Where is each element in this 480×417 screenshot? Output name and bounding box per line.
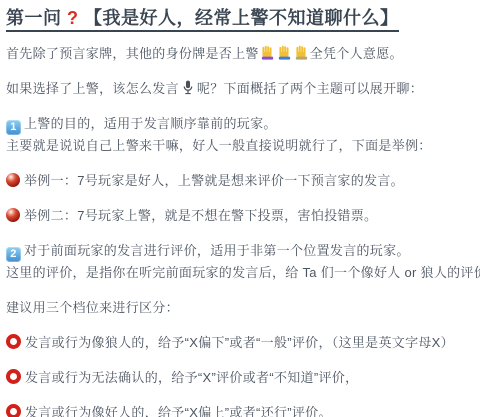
microphone-icon — [181, 80, 195, 95]
para-topic-2: 2对于前面玩家的发言进行评价，适用于非第一个位置发言的玩家。这里的评价，是指你在… — [6, 240, 474, 284]
article-body: 首先除了预言家牌，其他的身份牌是否上警全凭个人意愿。如果选择了上警，该怎么发言呢… — [6, 43, 474, 417]
title-text-bracket: 【我是好人，经常上警不知道聊什么】 — [79, 8, 399, 28]
text-run: 对于前面玩家的发言进行评价，适用于非第一个位置发言的玩家。 — [24, 243, 410, 258]
para-example-2: 举例二：7号玩家上警，就是不想在警下投票，害怕投错票。 — [6, 205, 474, 227]
raised-hand-icon — [260, 45, 275, 60]
keycap-1-icon: 1 — [6, 120, 21, 135]
text-run: 发言或行为无法确认的，给予“X”评价或者“不知道”评价， — [25, 370, 358, 385]
red-ball-icon — [6, 208, 20, 222]
text-run: 全凭个人意愿。 — [310, 46, 403, 61]
text-run: 这里的评价，是指你在听完前面玩家的发言后，给 Ta 们一个像好人 or 狼人的评… — [6, 265, 480, 280]
para-tier-unknown: 发言或行为无法确认的，给予“X”评价或者“不知道”评价， — [6, 367, 474, 389]
text-run: 发言或行为像狼人的，给予“X偏下”或者“一般”评价，（这里是英文字母X） — [25, 335, 454, 350]
text-run: 举例一：7号玩家是好人，上警就是想来评价一下预言家的发言。 — [24, 173, 404, 188]
text-run: 首先除了预言家牌，其他的身份牌是否上警 — [6, 46, 259, 61]
keycap-2-icon: 2 — [6, 247, 21, 262]
title-underline: 第一问 ? 【我是好人，经常上警不知道聊什么】 — [6, 8, 399, 32]
raised-hand-icon — [277, 45, 292, 60]
para-tier-good: 发言或行为像好人的，给予“X偏上”或者“还行”评价。 — [6, 402, 474, 417]
para-tier-wolf: 发言或行为像狼人的，给予“X偏下”或者“一般”评价，（这里是英文字母X） — [6, 332, 474, 354]
red-circle-icon — [6, 404, 21, 417]
page-title: 第一问 ? 【我是好人，经常上警不知道聊什么】 — [6, 6, 474, 30]
raised-hand-icon — [294, 45, 309, 60]
article-page: 第一问 ? 【我是好人，经常上警不知道聊什么】 首先除了预言家牌，其他的身份牌是… — [0, 0, 480, 417]
red-circle-icon — [6, 369, 21, 384]
text-run: 上警的目的，适用于发言顺序靠前的玩家。 — [24, 116, 277, 131]
title-text-lead: 第一问 — [6, 8, 67, 28]
para-topic-1: 1上警的目的，适用于发言顺序靠前的玩家。主要就是说说自己上警来干嘛，好人一般直接… — [6, 113, 474, 157]
para-example-1: 举例一：7号玩家是好人，上警就是想来评价一下预言家的发言。 — [6, 170, 474, 192]
para-intro: 首先除了预言家牌，其他的身份牌是否上警全凭个人意愿。 — [6, 43, 474, 65]
red-ball-icon — [6, 173, 20, 187]
red-circle-icon — [6, 334, 21, 349]
text-run: 发言或行为像好人的，给予“X偏上”或者“还行”评价。 — [25, 405, 332, 417]
para-tiers-intro: 建议用三个档位来进行区分： — [6, 297, 474, 319]
text-run: 如果选择了上警，该怎么发言 — [6, 81, 179, 96]
title-question-mark: ? — [67, 8, 79, 28]
text-run: 主要就是说说自己上警来干嘛，好人一般直接说明就行了，下面是举例： — [6, 138, 432, 153]
para-question: 如果选择了上警，该怎么发言呢？下面概括了两个主题可以展开聊： — [6, 78, 474, 100]
text-run: 建议用三个档位来进行区分： — [6, 300, 179, 315]
text-run: 呢？下面概括了两个主题可以展开聊： — [197, 81, 423, 96]
text-run: 举例二：7号玩家上警，就是不想在警下投票，害怕投错票。 — [24, 208, 377, 223]
